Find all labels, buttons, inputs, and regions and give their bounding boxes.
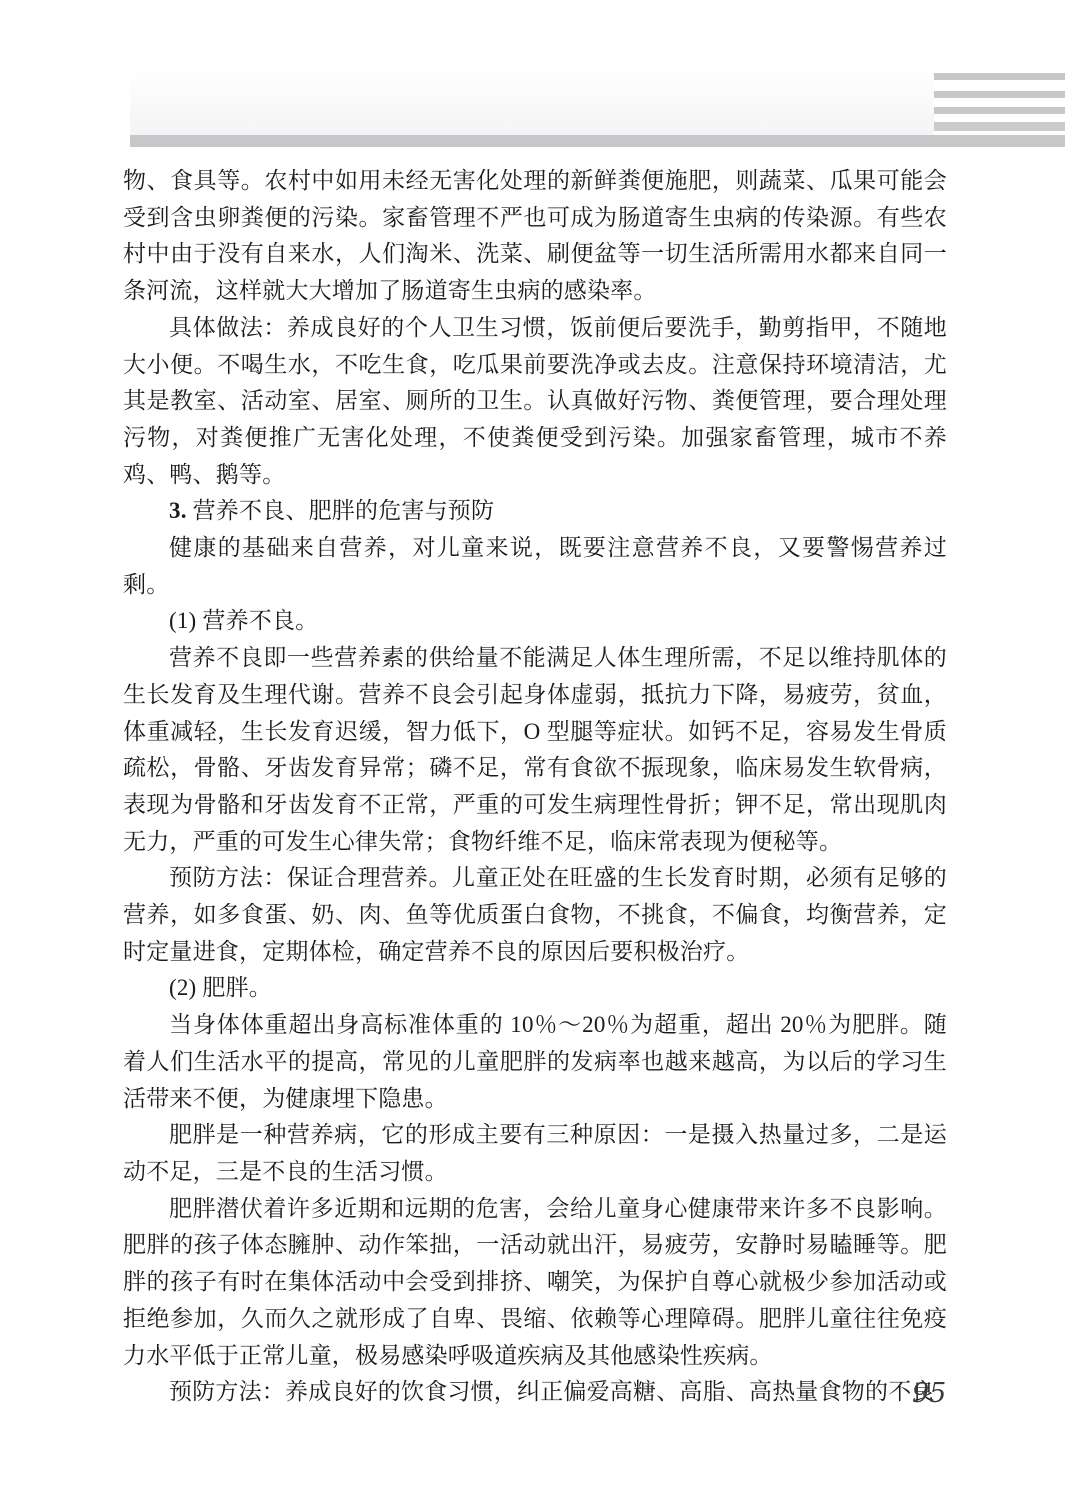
section-heading: 3. 营养不良、肥胖的危害与预防 [123,493,947,530]
page-number: 95 [912,1378,946,1409]
paragraph: 物、食具等。农村中如用未经无害化处理的新鲜粪便施肥，则蔬菜、瓜果可能会受到含虫卵… [123,163,947,310]
header-stripe-1 [934,73,1065,80]
header-gradient-band [130,73,934,135]
paragraph: 具体做法：养成良好的个人卫生习惯，饭前便后要洗手，勤剪指甲，不随地大小便。不喝生… [123,310,947,494]
header-stripe-4 [934,122,1065,131]
paragraph: (1) 营养不良。 [123,603,947,640]
document-page: 物、食具等。农村中如用未经无害化处理的新鲜粪便施肥，则蔬菜、瓜果可能会受到含虫卵… [0,0,1065,1507]
paragraph: 预防方法：保证合理营养。儿童正处在旺盛的生长发育时期，必须有足够的营养，如多食蛋… [123,860,947,970]
paragraph: 健康的基础来自营养，对儿童来说，既要注意营养不良，又要警惕营养过剩。 [123,530,947,603]
header-rule-bar [130,135,1065,147]
page-body-text: 物、食具等。农村中如用未经无害化处理的新鲜粪便施肥，则蔬菜、瓜果可能会受到含虫卵… [123,163,947,1411]
paragraph: 当身体体重超出身高标准体重的 10％～20％为超重，超出 20％为肥胖。随着人们… [123,1007,947,1117]
paragraph: (2) 肥胖。 [123,970,947,1007]
paragraph: 营养不良即一些营养素的供给量不能满足人体生理所需，不足以维持肌体的生长发育及生理… [123,640,947,860]
header-stripe-3 [934,107,1065,114]
header-stripe-2 [934,91,1065,98]
paragraph: 预防方法：养成良好的饮食习惯，纠正偏爱高糖、高脂、高热量食物的不良 [123,1374,947,1411]
paragraph: 肥胖是一种营养病，它的形成主要有三种原因：一是摄入热量过多，二是运动不足，三是不… [123,1117,947,1190]
paragraph: 肥胖潜伏着许多近期和远期的危害，会给儿童身心健康带来许多不良影响。肥胖的孩子体态… [123,1191,947,1375]
heading-number: 3. [169,498,193,523]
